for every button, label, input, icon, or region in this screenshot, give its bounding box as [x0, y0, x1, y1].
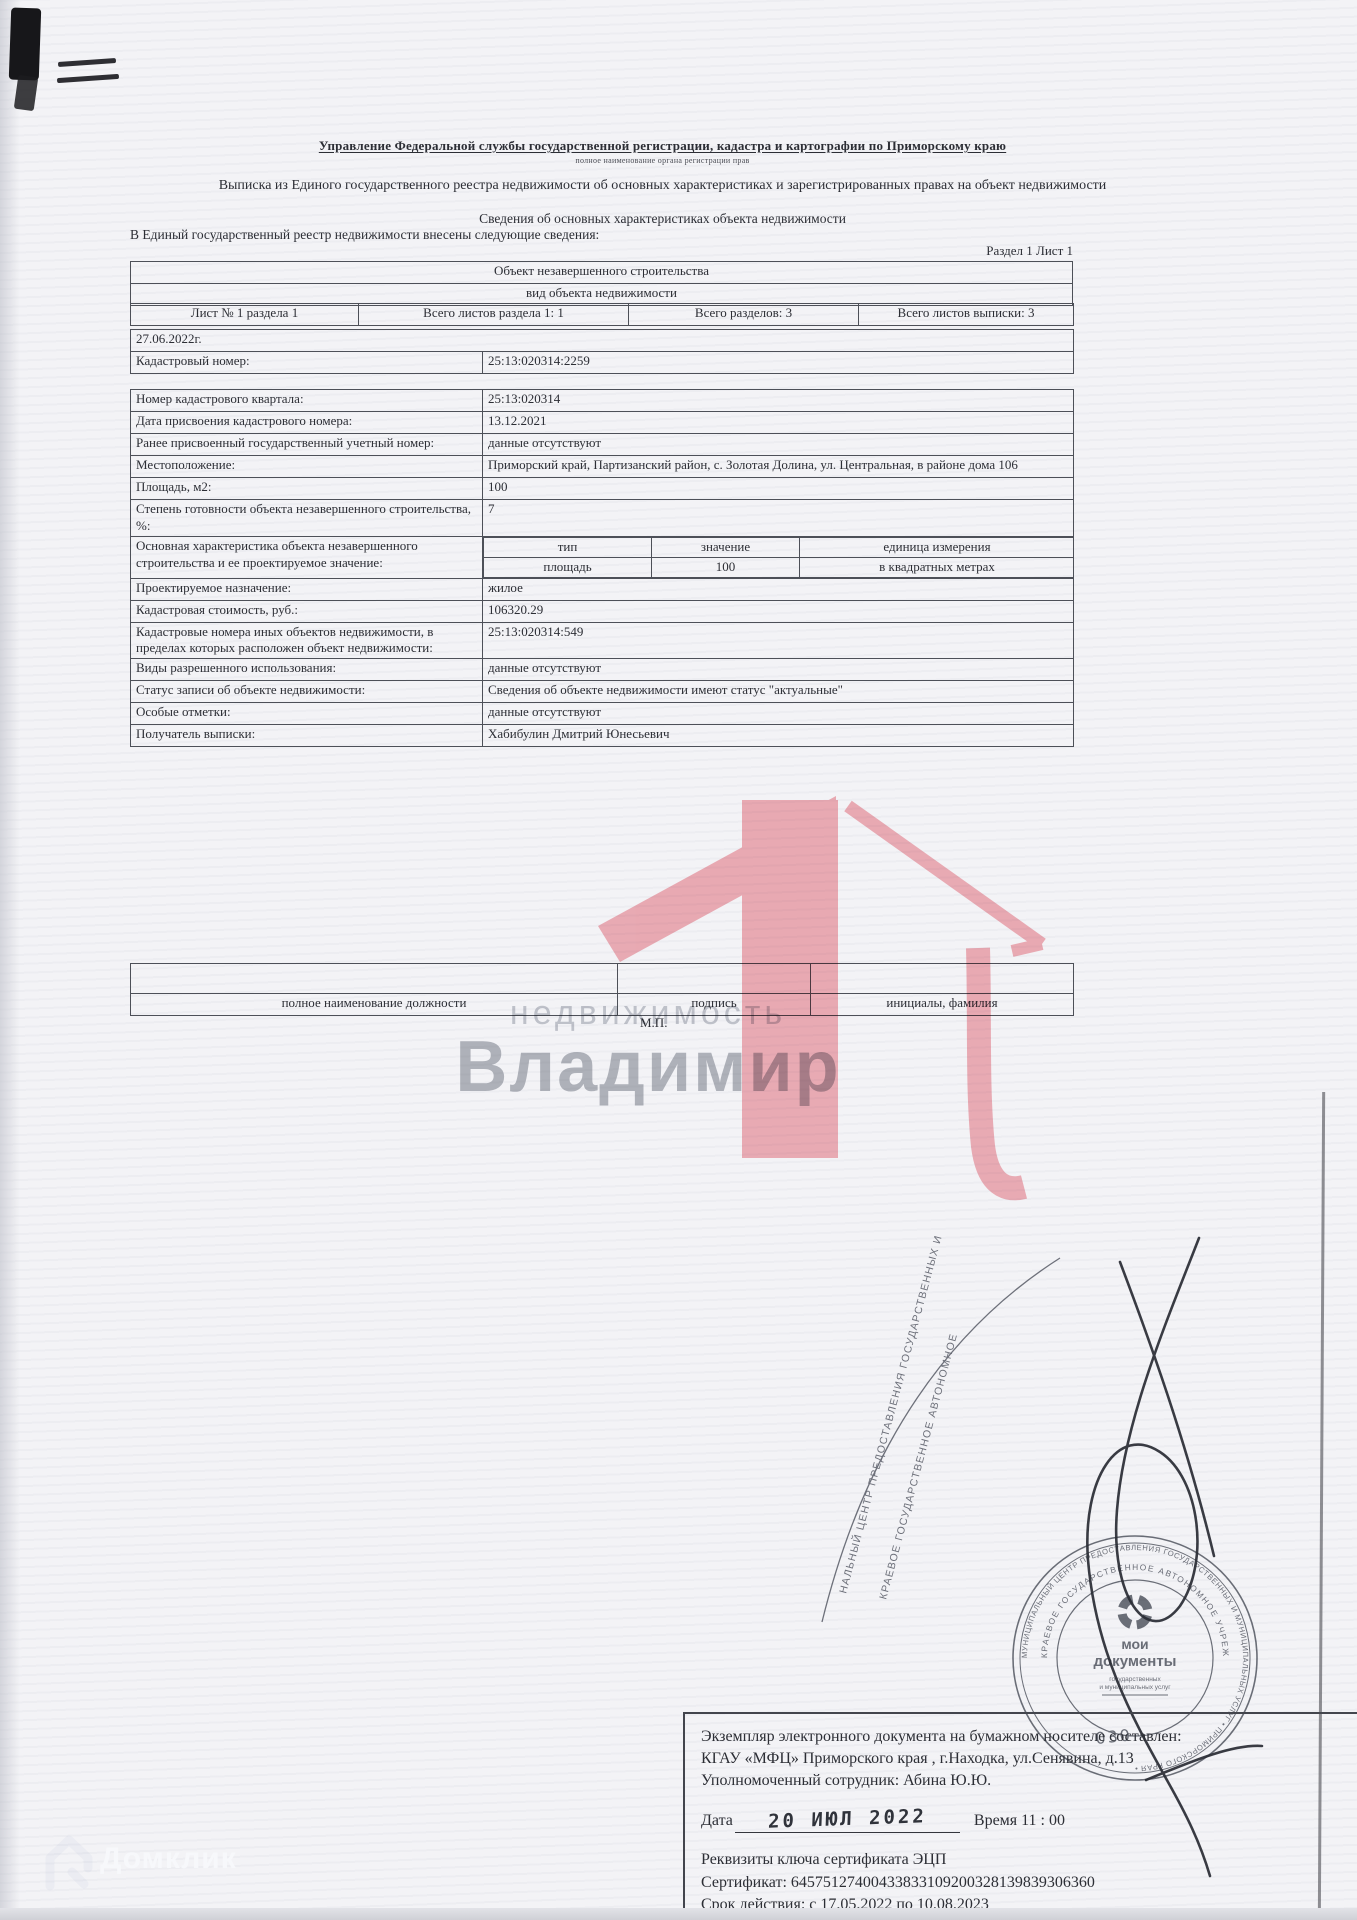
table-row: Номер кадастрового квартала: 25:13:02031… — [131, 390, 1074, 412]
table-row: Лист № 1 раздела 1 Всего листов раздела … — [131, 304, 1074, 326]
table-row: 27.06.2022г. — [131, 330, 1074, 352]
row-value: жилое — [483, 578, 1074, 600]
cadastral-table: 27.06.2022г. Кадастровый номер: 25:13:02… — [130, 329, 1074, 374]
row-value: 7 — [483, 500, 1074, 537]
domclick-house-icon — [50, 1840, 88, 1886]
sheet-cell: Всего листов выписки: 3 — [859, 304, 1074, 326]
cadastral-number-label: Кадастровый номер: — [131, 352, 483, 374]
row-label: Кадастровые номера иных объектов недвижи… — [131, 622, 483, 659]
table-row: Площадь, м2: 100 — [131, 478, 1074, 500]
row-value: 13.12.2021 — [483, 412, 1074, 434]
stamp-arc-text: НАЛЬНЫЙ ЦЕНТР ПРЕДОСТАВЛЕНИЯ ГОСУДАРСТВЕ… — [836, 1233, 944, 1594]
sheet-cell: Лист № 1 раздела 1 — [131, 304, 359, 326]
row-value: данные отсутствуют — [483, 434, 1074, 456]
row-label: Статус записи об объекте недвижимости: — [131, 681, 483, 703]
table-row: Кадастровые номера иных объектов недвижи… — [131, 622, 1074, 659]
scan-bottom-edge — [0, 1908, 1357, 1920]
table-row: Статус записи об объекте недвижимости: С… — [131, 681, 1074, 703]
electronic-copy-box: Экземпляр электронного документа на бума… — [683, 1712, 1357, 1920]
registration-authority: Управление Федеральной службы государств… — [175, 138, 1150, 154]
signature-empty-cell — [811, 964, 1074, 994]
table-row: Получатель выписки: Хабибулин Дмитрий Юн… — [131, 725, 1074, 747]
sheet-cell: Всего разделов: 3 — [629, 304, 859, 326]
staple-mark — [58, 58, 116, 67]
row-value: 106320.29 — [483, 600, 1074, 622]
staple-mark — [57, 74, 119, 83]
signature-empty-cell — [131, 964, 618, 994]
document-page: Управление Федеральной службы государств… — [0, 0, 1357, 1920]
object-type-table: Объект незавершенного строительства вид … — [130, 261, 1073, 306]
char-header: тип — [484, 537, 652, 557]
row-value: 25:13:020314:549 — [483, 622, 1074, 659]
row-label: Дата присвоения кадастрового номера: — [131, 412, 483, 434]
table-row — [131, 964, 1074, 994]
table-row: Кадастровая стоимость, руб.: 106320.29 — [131, 600, 1074, 622]
details-table: Номер кадастрового квартала: 25:13:02031… — [130, 389, 1074, 747]
table-row-characteristic: Основная характеристика объекта незаверш… — [131, 536, 1074, 578]
row-label: Особые отметки: — [131, 703, 483, 725]
row-value: Сведения об объекте недвижимости имеют с… — [483, 681, 1074, 703]
row-value: Хабибулин Дмитрий Юнесьевич — [483, 725, 1074, 747]
document-header: Управление Федеральной службы государств… — [175, 138, 1150, 227]
authority-caption: полное наименование органа регистрации п… — [175, 156, 1150, 165]
row-label: Степень готовности объекта незавершенног… — [131, 500, 483, 537]
table-row: Степень готовности объекта незавершенног… — [131, 500, 1074, 537]
table-row: Ранее присвоенный государственный учетны… — [131, 434, 1074, 456]
characteristic-cell: тип значение единица измерения площадь 1… — [483, 536, 1074, 578]
signature-empty-cell — [618, 964, 811, 994]
stamp-brand-bottom: документы — [1094, 1653, 1177, 1670]
watermark-vladimir-text: Владимир — [348, 1026, 948, 1108]
char-header: единица измерения — [800, 537, 1074, 557]
scan-artifact — [14, 75, 39, 111]
time-label: Время 11 : 00 — [974, 1812, 1065, 1829]
scan-edge-shadow — [0, 0, 20, 1920]
table-row: Виды разрешенного использования: данные … — [131, 659, 1074, 681]
scan-artifact — [9, 7, 41, 80]
table-row: Проектируемое назначение: жилое — [131, 578, 1074, 600]
stamp-caption-line2: и муниципальных услуг — [1099, 1684, 1171, 1691]
row-label: Виды разрешенного использования: — [131, 659, 483, 681]
date-blank-line: 20 ИЮЛ 2022 — [735, 1806, 960, 1833]
char-value: в квадратных метрах — [800, 557, 1074, 577]
table-row: тип значение единица измерения — [484, 537, 1074, 557]
sheet-cell: Всего листов раздела 1: 1 — [359, 304, 629, 326]
document-title: Выписка из Единого государственного реес… — [175, 178, 1150, 194]
copy-line2: КГАУ «МФЦ» Приморского края , г.Находка,… — [701, 1748, 1357, 1770]
table-row: Объект незавершенного строительства — [131, 262, 1073, 284]
row-value: Приморский край, Партизанский район, с. … — [483, 456, 1074, 478]
row-label: Местоположение: — [131, 456, 483, 478]
object-type-value: Объект незавершенного строительства — [131, 262, 1073, 284]
row-label: Основная характеристика объекта незаверш… — [131, 536, 483, 578]
char-value: площадь — [484, 557, 652, 577]
certificate-number: Сертификат: 6457512740043383310920032813… — [701, 1872, 1357, 1894]
char-header: значение — [652, 537, 800, 557]
table-row: Дата присвоения кадастрового номера: 13.… — [131, 412, 1074, 434]
table-row: Кадастровый номер: 25:13:020314:2259 — [131, 352, 1074, 374]
stamp-brand-top: мои — [1121, 1636, 1148, 1652]
row-label: Кадастровая стоимость, руб.: — [131, 600, 483, 622]
row-label: Ранее присвоенный государственный учетны… — [131, 434, 483, 456]
row-label: Получатель выписки: — [131, 725, 483, 747]
table-row: Местоположение: Приморский край, Партиза… — [131, 456, 1074, 478]
row-value: 25:13:020314 — [483, 390, 1074, 412]
partial-stamp-arc: НАЛЬНЫЙ ЦЕНТР ПРЕДОСТАВЛЕНИЯ ГОСУДАРСТВЕ… — [822, 1233, 1060, 1622]
row-value: данные отсутствуют — [483, 659, 1074, 681]
stamp-arc-text: КРАЕВОЕ ГОСУДАРСТВЕННОЕ АВТОНОМНОЕ — [877, 1332, 960, 1601]
date-stamp: 20 ИЮЛ 2022 — [768, 1803, 928, 1835]
extract-date: 27.06.2022г. — [131, 330, 1074, 352]
ecp-title: Реквизиты ключа сертификата ЭЦП — [701, 1849, 1357, 1871]
copy-line1: Экземпляр электронного документа на бума… — [701, 1726, 1357, 1748]
char-value: 100 — [652, 557, 800, 577]
characteristic-inner-table: тип значение единица измерения площадь 1… — [483, 537, 1074, 578]
table-row: Особые отметки: данные отсутствуют — [131, 703, 1074, 725]
sheet-counters-table: Лист № 1 раздела 1 Всего листов раздела … — [130, 303, 1074, 326]
date-time-row: Дата20 ИЮЛ 2022Время 11 : 00 — [701, 1806, 1357, 1833]
my-documents-pinwheel-icon — [1118, 1595, 1151, 1628]
stamp-caption-line1: государственных — [1109, 1676, 1161, 1683]
table-row: площадь 100 в квадратных метрах — [484, 557, 1074, 577]
document-subtitle: Сведения об основных характеристиках объ… — [175, 211, 1150, 227]
row-label: Номер кадастрового квартала: — [131, 390, 483, 412]
row-label: Площадь, м2: — [131, 478, 483, 500]
domclick-watermark: Домклик — [100, 1842, 237, 1876]
section-sheet-label: Раздел 1 Лист 1 — [873, 243, 1073, 259]
row-label: Проектируемое назначение: — [131, 578, 483, 600]
row-value: данные отсутствуют — [483, 703, 1074, 725]
cadastral-number-value: 25:13:020314:2259 — [483, 352, 1074, 374]
intro-line: В Единый государственный реестр недвижим… — [130, 227, 599, 243]
row-value: 100 — [483, 478, 1074, 500]
date-label: Дата — [701, 1812, 733, 1829]
copy-line3: Уполномоченный сотрудник: Абина Ю.Ю. — [701, 1770, 1357, 1792]
